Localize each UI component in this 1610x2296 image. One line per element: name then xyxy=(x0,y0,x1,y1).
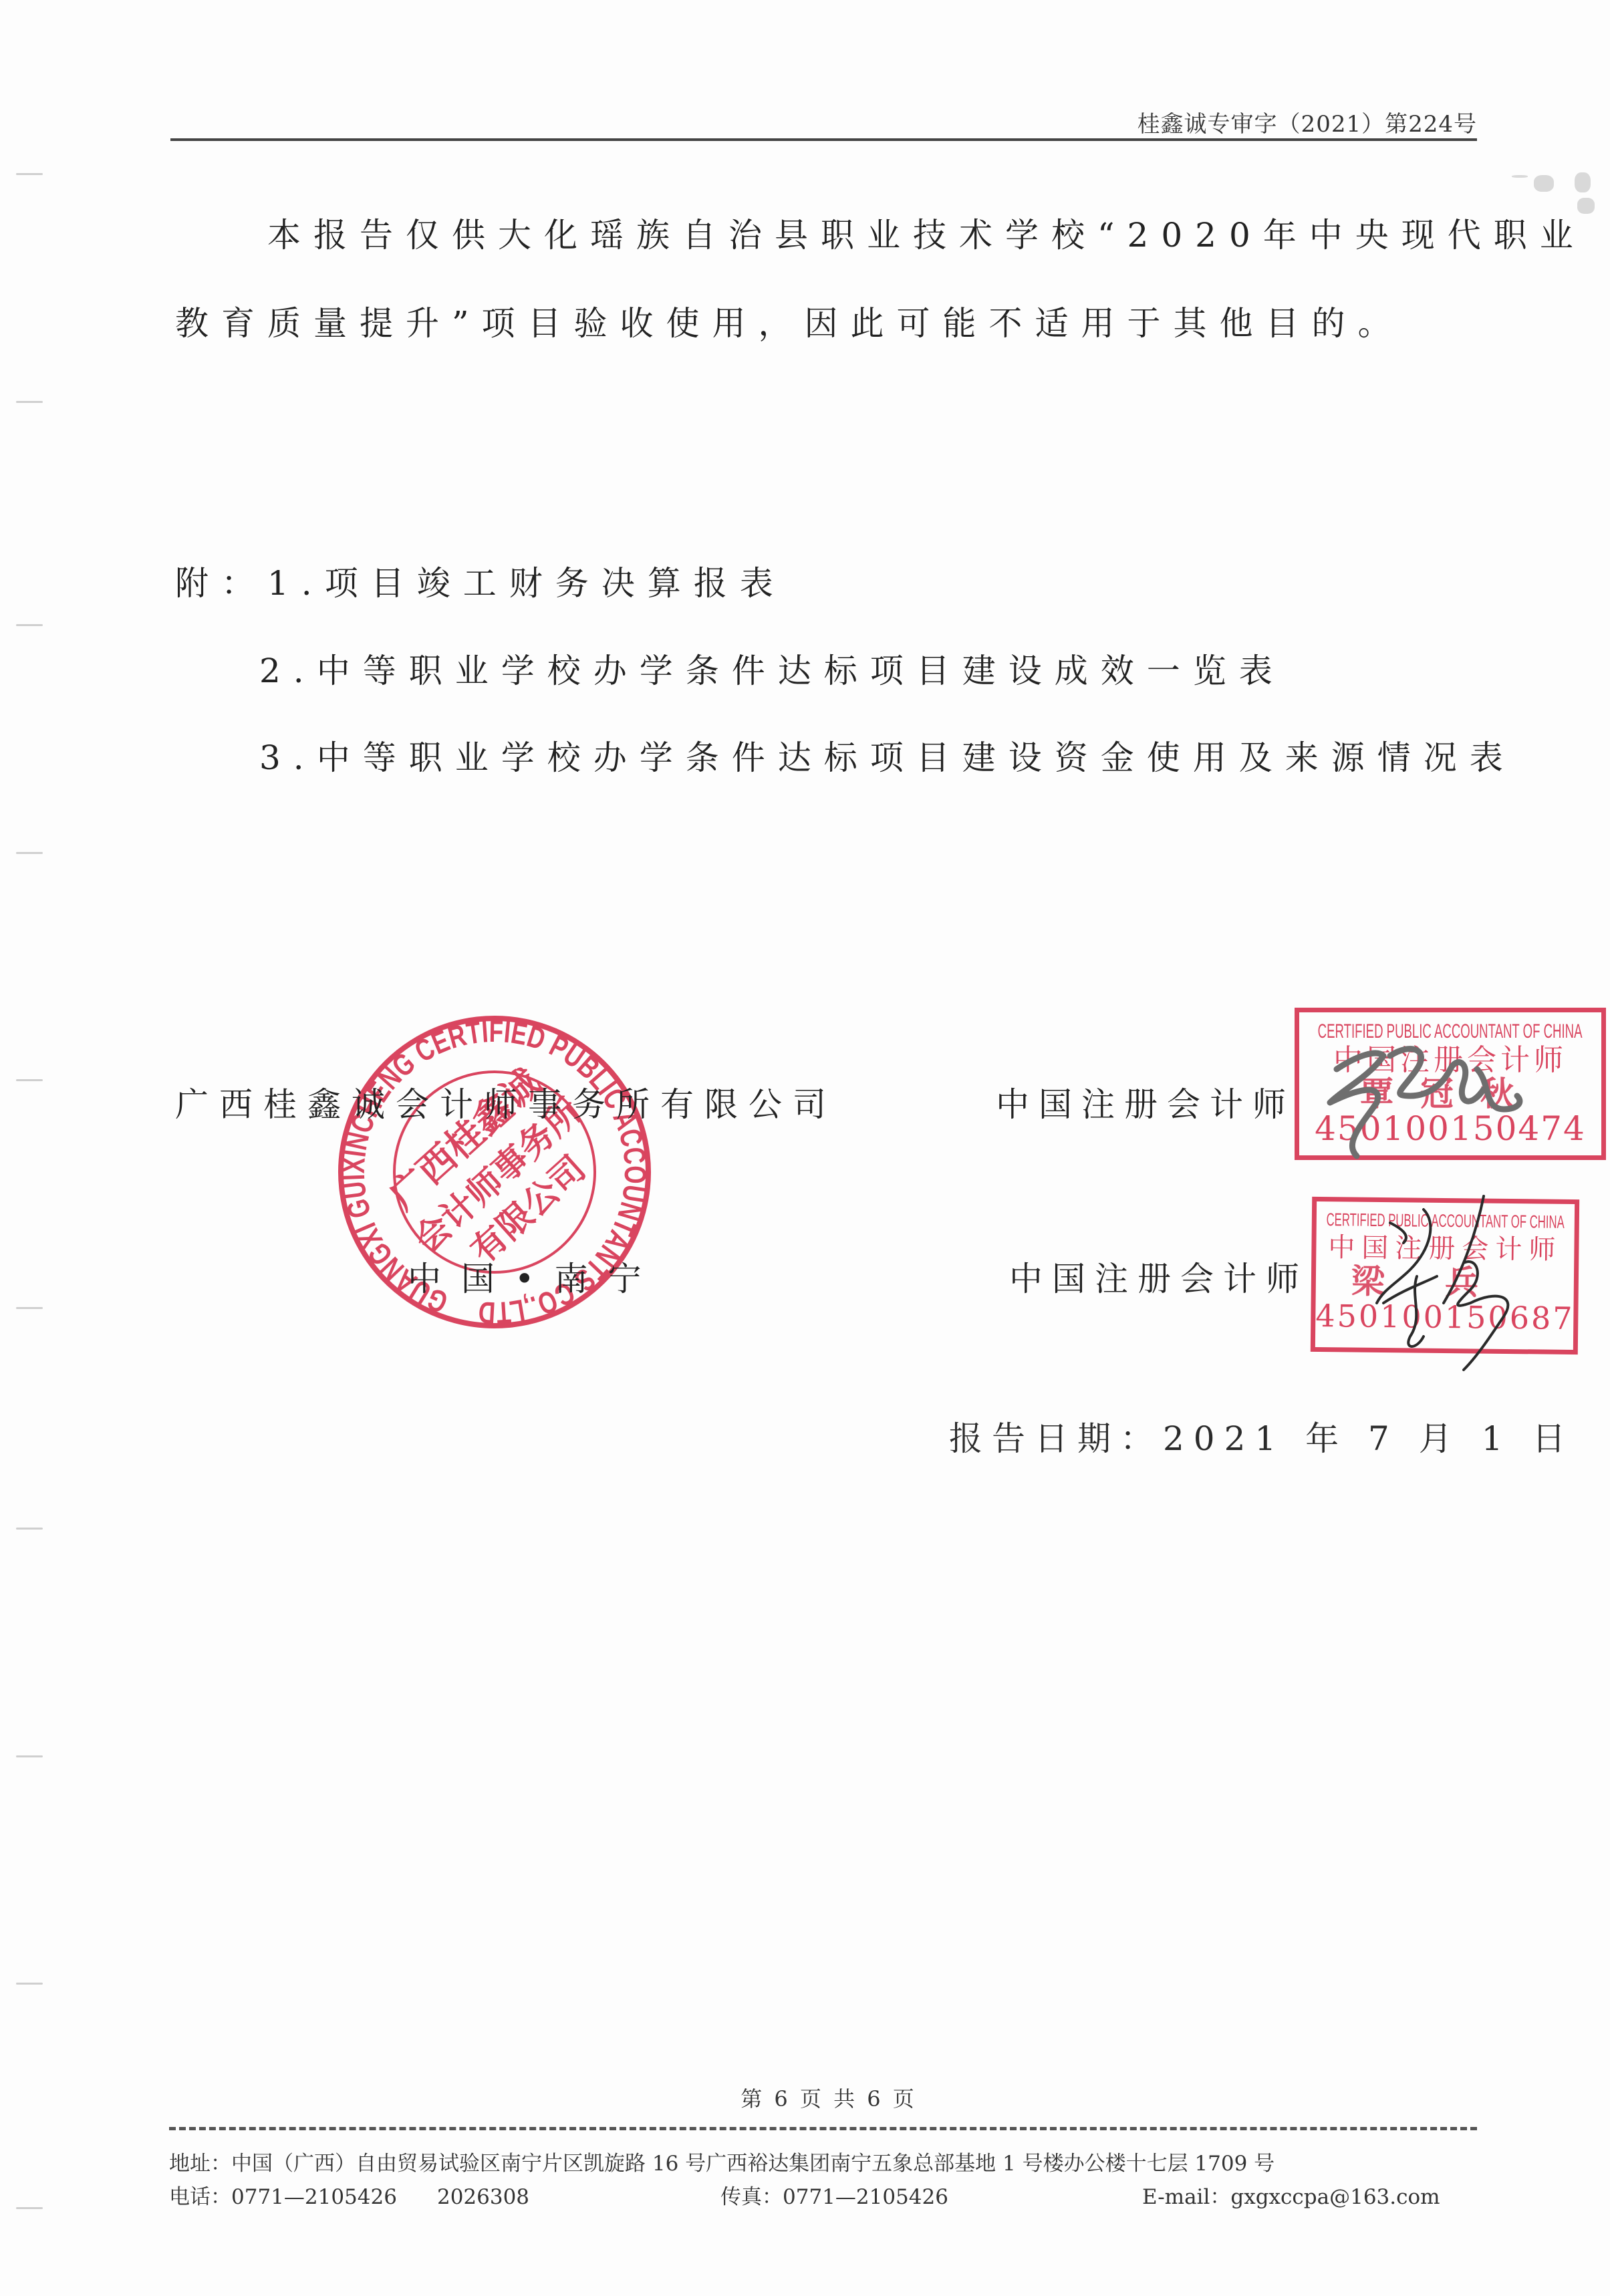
cpa-seal-2: CERTIFIED PUBLIC ACCOUNTANT OF CHINA 中国注… xyxy=(1311,1197,1579,1354)
cpa-seal-title-en: CERTIFIED PUBLIC ACCOUNTANT OF CHINA xyxy=(1301,1020,1600,1043)
scan-smudge xyxy=(1577,198,1595,214)
attachment-item: 3.中等职业学校办学条件达标项目建设资金使用及来源情况表 xyxy=(259,738,1516,778)
cpa-seal-title-en: CERTIFIED PUBLIC ACCOUNTANT OF CHINA xyxy=(1317,1209,1573,1233)
body-paragraph-line-2: 教育质量提升”项目验收使用，因此可能不适用于其他目的。 xyxy=(175,303,1404,343)
document-number: 桂鑫诚专审字（2021）第224号 xyxy=(1137,106,1477,138)
cpa-seal-name: 梁兵 xyxy=(1316,1264,1575,1301)
margin-mark xyxy=(16,1528,43,1530)
scan-smudge xyxy=(1534,175,1554,192)
attachment-label: 附： xyxy=(175,564,267,603)
margin-mark xyxy=(16,1983,43,1985)
header-rule xyxy=(170,138,1477,141)
margin-mark xyxy=(16,401,43,403)
cpa-seal-1: CERTIFIED PUBLIC ACCOUNTANT OF CHINA 中国注… xyxy=(1295,1008,1606,1160)
cpa-seal-number: 450100150474 xyxy=(1299,1111,1601,1146)
attachment-list: 附：1.项目竣工财务决算报表 xyxy=(175,563,786,603)
cpa-label-2: 中国注册会计师 xyxy=(1009,1259,1309,1299)
footer-phone: 电话：0771—21054262026308 xyxy=(169,2184,529,2210)
cpa-seal-title-cn: 中国注册会计师 xyxy=(1316,1232,1574,1266)
firm-name: 广西桂鑫诚会计师事务所有限公司 xyxy=(175,1085,837,1125)
attachment-item: 1.项目竣工财务决算报表 xyxy=(267,564,786,603)
margin-mark xyxy=(16,2207,43,2209)
firm-location: 中国•南宁 xyxy=(408,1259,662,1299)
footer-fax: 传真：0771—2105426 xyxy=(720,2184,948,2210)
footer-email: E-mail：gxgxccpa@163.com xyxy=(1142,2184,1440,2210)
scan-smudge xyxy=(1512,175,1528,178)
cpa-seal-name: 覃冠秋 xyxy=(1299,1077,1601,1111)
margin-mark xyxy=(16,173,43,175)
footer-phone-primary: 电话：0771—2105426 xyxy=(169,2185,397,2209)
footer-dashed-rule xyxy=(169,2127,1477,2130)
margin-mark xyxy=(16,1079,43,1081)
footer-address: 地址：中国（广西）自由贸易试验区南宁片区凯旋路 16 号广西裕达集团南宁五象总部… xyxy=(169,2150,1274,2177)
cpa-label-1: 中国注册会计师 xyxy=(996,1085,1295,1125)
body-paragraph-line-1: 本报告仅供大化瑶族自治县职业技术学校“2020年中央现代职业 xyxy=(267,215,1586,255)
attachment-item: 2.中等职业学校办学条件达标项目建设成效一览表 xyxy=(259,651,1285,691)
margin-mark xyxy=(16,852,43,854)
margin-mark xyxy=(16,1307,43,1309)
cpa-seal-number: 450100150687 xyxy=(1315,1298,1574,1336)
footer-phone-secondary: 2026308 xyxy=(437,2185,529,2209)
margin-mark xyxy=(16,624,43,626)
scan-smudge xyxy=(1575,172,1591,192)
cpa-seal-title-cn: 中国注册会计师 xyxy=(1299,1044,1601,1077)
page-number: 第 6 页 共 6 页 xyxy=(0,2082,1610,2113)
report-date: 报告日期：2021 年 7 月 1 日 xyxy=(949,1412,1575,1460)
margin-mark xyxy=(16,1755,43,1757)
